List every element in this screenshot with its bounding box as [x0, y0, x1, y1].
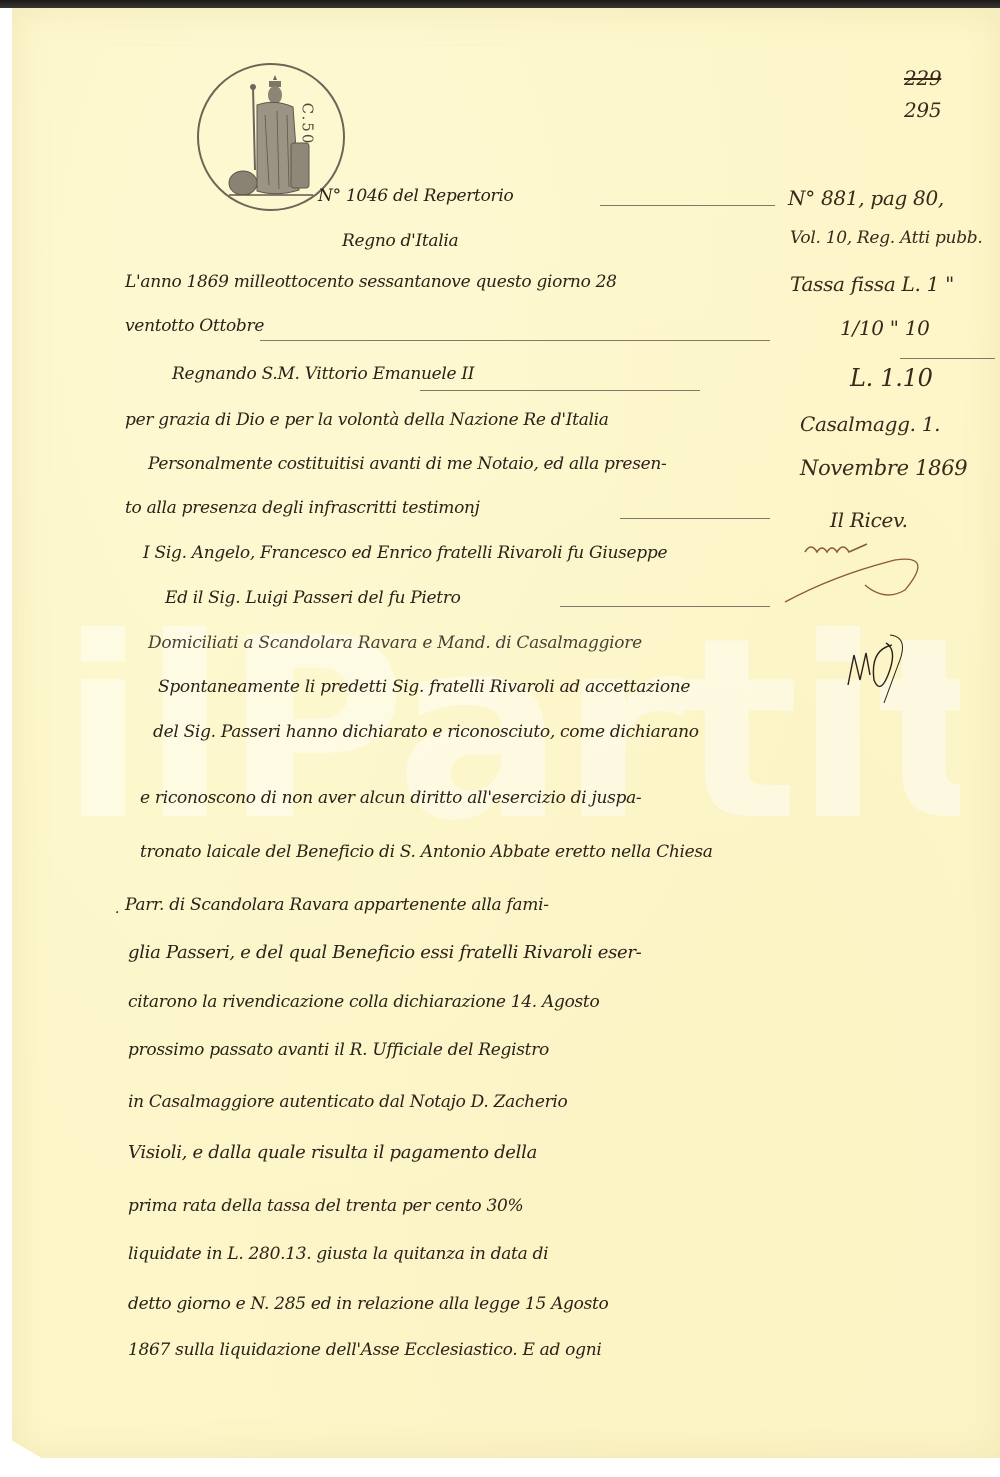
archive-number-struck: 229	[904, 66, 941, 90]
body-line-21: liquidate in L. 280.13. giusta la quitan…	[128, 1244, 768, 1264]
body-line-1: L'anno 1869 milleottocento sessantanove …	[125, 272, 765, 292]
body-line-16: citarono la rivendicazione colla dichiar…	[128, 992, 768, 1012]
line-filler	[560, 606, 770, 607]
repertorio-heading: N° 1046 del Repertorio	[318, 186, 513, 206]
margin-receiver: Il Ricev.	[830, 508, 908, 532]
kingdom-heading: Regno d'Italia	[342, 231, 458, 251]
body-line-19: Visioli, e dalla quale risulta il pagame…	[128, 1142, 768, 1163]
body-line-3: Regnando S.M. Vittorio Emanuele II	[172, 364, 812, 384]
scanner-border	[0, 0, 1000, 8]
margin-place: Casalmagg. 1.	[800, 412, 940, 436]
line-filler	[600, 205, 775, 206]
body-line-6: to alla presenza degli infrascritti test…	[125, 498, 765, 518]
line-filler	[620, 518, 770, 519]
body-line-13: tronato laicale del Beneficio di S. Anto…	[140, 842, 780, 862]
body-line-7: I Sig. Angelo, Francesco ed Enrico frate…	[143, 543, 783, 563]
margin-fixed-tax: Tassa fissa L. 1 "	[790, 272, 954, 296]
line-filler	[420, 390, 700, 391]
margin-date: Novembre 1869	[800, 456, 967, 480]
body-line-8: Ed il Sig. Luigi Passeri del fu Pietro	[165, 588, 805, 608]
margin-tenth-tax: 1/10 " 10	[840, 316, 930, 340]
body-line-14: Parr. di Scandolara Ravara appartenente …	[125, 895, 765, 915]
notary-initials	[840, 625, 920, 705]
line-filler	[260, 340, 770, 341]
body-line-22: detto giorno e N. 285 ed in relazione al…	[128, 1294, 768, 1314]
body-line-18: in Casalmaggiore autenticato dal Notajo …	[128, 1092, 768, 1112]
body-line-23: 1867 sulla liquidazione dell'Asse Eccles…	[128, 1340, 768, 1360]
margin-volume: Vol. 10, Reg. Atti pubb.	[790, 228, 982, 248]
body-line-10: Spontaneamente li predetti Sig. fratelli…	[158, 677, 798, 697]
margin-dot: ·	[115, 905, 119, 921]
margin-total: L. 1.10	[850, 364, 933, 392]
archive-number: 295	[904, 98, 941, 122]
body-line-5: Personalmente costituitisi avanti di me …	[148, 454, 788, 474]
receiver-signature	[775, 530, 955, 610]
stamp-value: C.50	[299, 103, 317, 146]
body-line-4: per grazia di Dio e per la volontà della…	[125, 410, 765, 430]
body-line-12: e riconoscono di non aver alcun diritto …	[140, 788, 780, 808]
margin-registry-number: N° 881, pag 80,	[788, 186, 944, 210]
body-line-20: prima rata della tassa del trenta per ce…	[128, 1196, 768, 1216]
body-line-11: del Sig. Passeri hanno dichiarato e rico…	[153, 722, 793, 742]
body-line-2: ventotto Ottobre	[125, 316, 765, 336]
body-line-15: glia Passeri, e del qual Beneficio essi …	[128, 942, 768, 963]
sum-rule	[900, 358, 995, 359]
body-line-9: Domiciliati a Scandolara Ravara e Mand. …	[148, 633, 788, 653]
body-line-17: prossimo passato avanti il R. Ufficiale …	[128, 1040, 768, 1060]
